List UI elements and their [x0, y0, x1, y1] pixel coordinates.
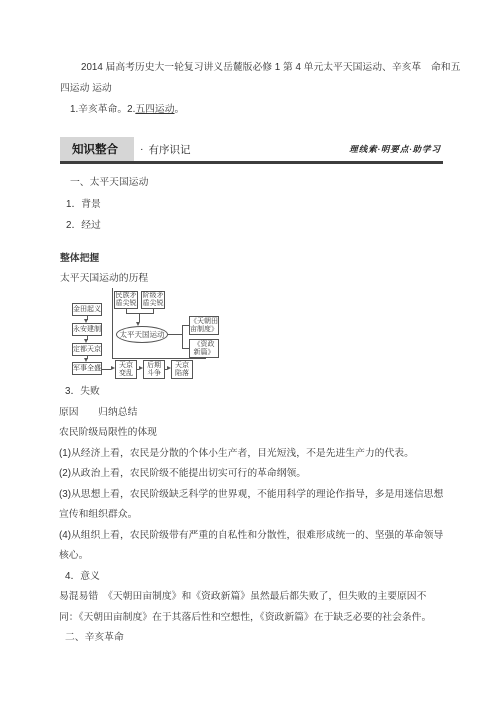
section-heading: 二、辛亥革命 — [59, 628, 460, 649]
decline-label: 天京 — [116, 362, 136, 370]
stage-box: 永安建制 — [72, 323, 102, 336]
paragraph-line: 易混易错 《天朝田亩制度》和《资政新篇》虽然最后都失败了，但失败的主要原因不 — [59, 587, 460, 608]
program-label: 亩制度》 — [190, 326, 218, 334]
arrowhead-down-icon — [84, 358, 88, 362]
document-subtitle-line: 1.辛亥革命。2.五四运动。 — [60, 99, 460, 120]
arrowhead-down-icon — [84, 319, 88, 323]
connector-line — [182, 325, 183, 349]
frame-horizontal-line — [112, 358, 206, 359]
cause-label: 民族矛 — [115, 292, 137, 300]
list-item: 3．失败 — [59, 382, 460, 403]
banner-title-box: 知识整合 — [60, 137, 134, 161]
frame-vertical-line — [112, 288, 113, 358]
stage-label: 金田起义 — [73, 306, 101, 314]
section-banner: 知识整合 · 有序识记 理线索·明要点·助学习 — [60, 137, 443, 164]
paragraph-line: 农民阶级局限性的体现 — [59, 423, 460, 444]
stage-label: 永安建制 — [73, 326, 101, 334]
decline-label: 斗争 — [144, 370, 164, 378]
overview-block: 整体把握 太平天国运动的历程 — [60, 249, 148, 289]
list-item: 1．背景 — [60, 194, 148, 216]
paragraph-line: (3)从思想上看，农民阶级缺乏科学的世界观，不能用科学的理论作指导，多是用迷信思… — [59, 485, 460, 506]
program-box: 《资政新篇》 — [189, 339, 219, 358]
overview-label: 整体把握 — [60, 249, 148, 269]
paragraph-line: 宣传和组织群众。 — [59, 505, 460, 526]
intro-suffix: 。 — [175, 104, 185, 115]
decline-label: 天京 — [172, 362, 192, 370]
paragraph-line: 原因 归纳总结 — [59, 403, 460, 424]
connector-line — [126, 313, 154, 314]
cause-label: 盾尖锐 — [115, 300, 137, 308]
document-header: 2014 届高考历史大一轮复习讲义岳麓版必修 1 第 4 单元太平天国运动、辛亥… — [60, 57, 460, 120]
center-ellipse: 太平天国运动 — [116, 326, 168, 343]
document-title-line: 四运动 运动 — [60, 78, 460, 99]
stage-box: 金田起义 — [72, 303, 102, 316]
stage-label: 军事全盛 — [73, 365, 101, 373]
program-label: 新篇》 — [190, 349, 218, 357]
paragraph-line: 核心。 — [59, 546, 460, 567]
stage-box: 军事全盛 — [72, 362, 102, 375]
program-label: 《天朝田 — [190, 318, 218, 326]
intro-prefix: 1.辛亥革命。2. — [70, 104, 135, 115]
list-item: 4．意义 — [59, 567, 460, 588]
arrowhead-down-icon — [84, 339, 88, 343]
list-item: 2．经过 — [60, 215, 148, 237]
decline-label: 变乱 — [116, 370, 136, 378]
program-box: 《天朝田亩制度》 — [189, 316, 219, 335]
connector-line — [139, 313, 140, 322]
decline-label: 后期 — [144, 362, 164, 370]
decline-box: 天京陷落 — [171, 360, 193, 379]
connector-line — [102, 369, 111, 370]
cause-label: 阶级矛 — [142, 292, 164, 300]
connector-line — [182, 325, 189, 326]
decline-box: 后期斗争 — [143, 360, 165, 379]
document-title-line: 2014 届高考历史大一轮复习讲义岳麓版必修 1 第 4 单元太平天国运动、辛亥… — [60, 57, 460, 78]
banner-dot: · — [140, 143, 144, 155]
section-heading: 一、太平天国运动 — [60, 172, 148, 194]
banner-subtitle-group: · 有序识记 — [140, 137, 191, 161]
cause-box: 民族矛盾尖锐 — [114, 291, 138, 309]
decline-box: 天京变乱 — [115, 360, 137, 379]
paragraph-line: (4)从组织上看，农民阶级带有严重的自私性和分散性，很难形成统一的、坚强的革命领… — [59, 526, 460, 547]
decline-label: 陷落 — [172, 370, 192, 378]
paragraph-line: (1)从经济上看，农民是分散的个体小生产者，目光短浅，不是先进生产力的代表。 — [59, 444, 460, 465]
banner-title: 知识整合 — [72, 141, 118, 157]
diagram-title: 太平天国运动的历程 — [60, 269, 148, 289]
cause-label: 盾尖锐 — [142, 300, 164, 308]
paragraph-line: (2)从政治上看，农民阶级不能提出切实可行的革命纲领。 — [59, 464, 460, 485]
cause-box: 阶级矛盾尖锐 — [141, 291, 165, 309]
program-label: 《资政 — [190, 341, 218, 349]
connector-line — [168, 334, 182, 335]
body-text: 3．失败 原因 归纳总结 农民阶级局限性的体现 (1)从经济上看，农民是分散的个… — [59, 382, 460, 649]
connector-line — [182, 348, 189, 349]
paragraph-line: 同：《天朝田亩制度》在于其落后性和空想性，《资政新篇》在于缺乏必要的社会条件。 — [59, 608, 460, 629]
document-page: 2014 届高考历史大一轮复习讲义岳麓版必修 1 第 4 单元太平天国运动、辛亥… — [0, 0, 500, 707]
banner-tagline: 理线索·明要点·助学习 — [349, 137, 443, 161]
center-label: 太平天国运动 — [120, 329, 165, 340]
intro-underlined-text: 五四运动 — [135, 104, 174, 115]
banner-subtitle: 有序识记 — [149, 142, 191, 157]
taiping-flowchart: 金田起义 永安建制 定都天京 军事全盛 民族矛盾尖锐 阶级矛盾尖锐 太平天国运动… — [70, 287, 320, 387]
stage-label: 定都天京 — [73, 346, 101, 354]
section-taiping: 一、太平天国运动 1．背景 2．经过 — [60, 172, 148, 237]
stage-box: 定都天京 — [72, 343, 102, 356]
